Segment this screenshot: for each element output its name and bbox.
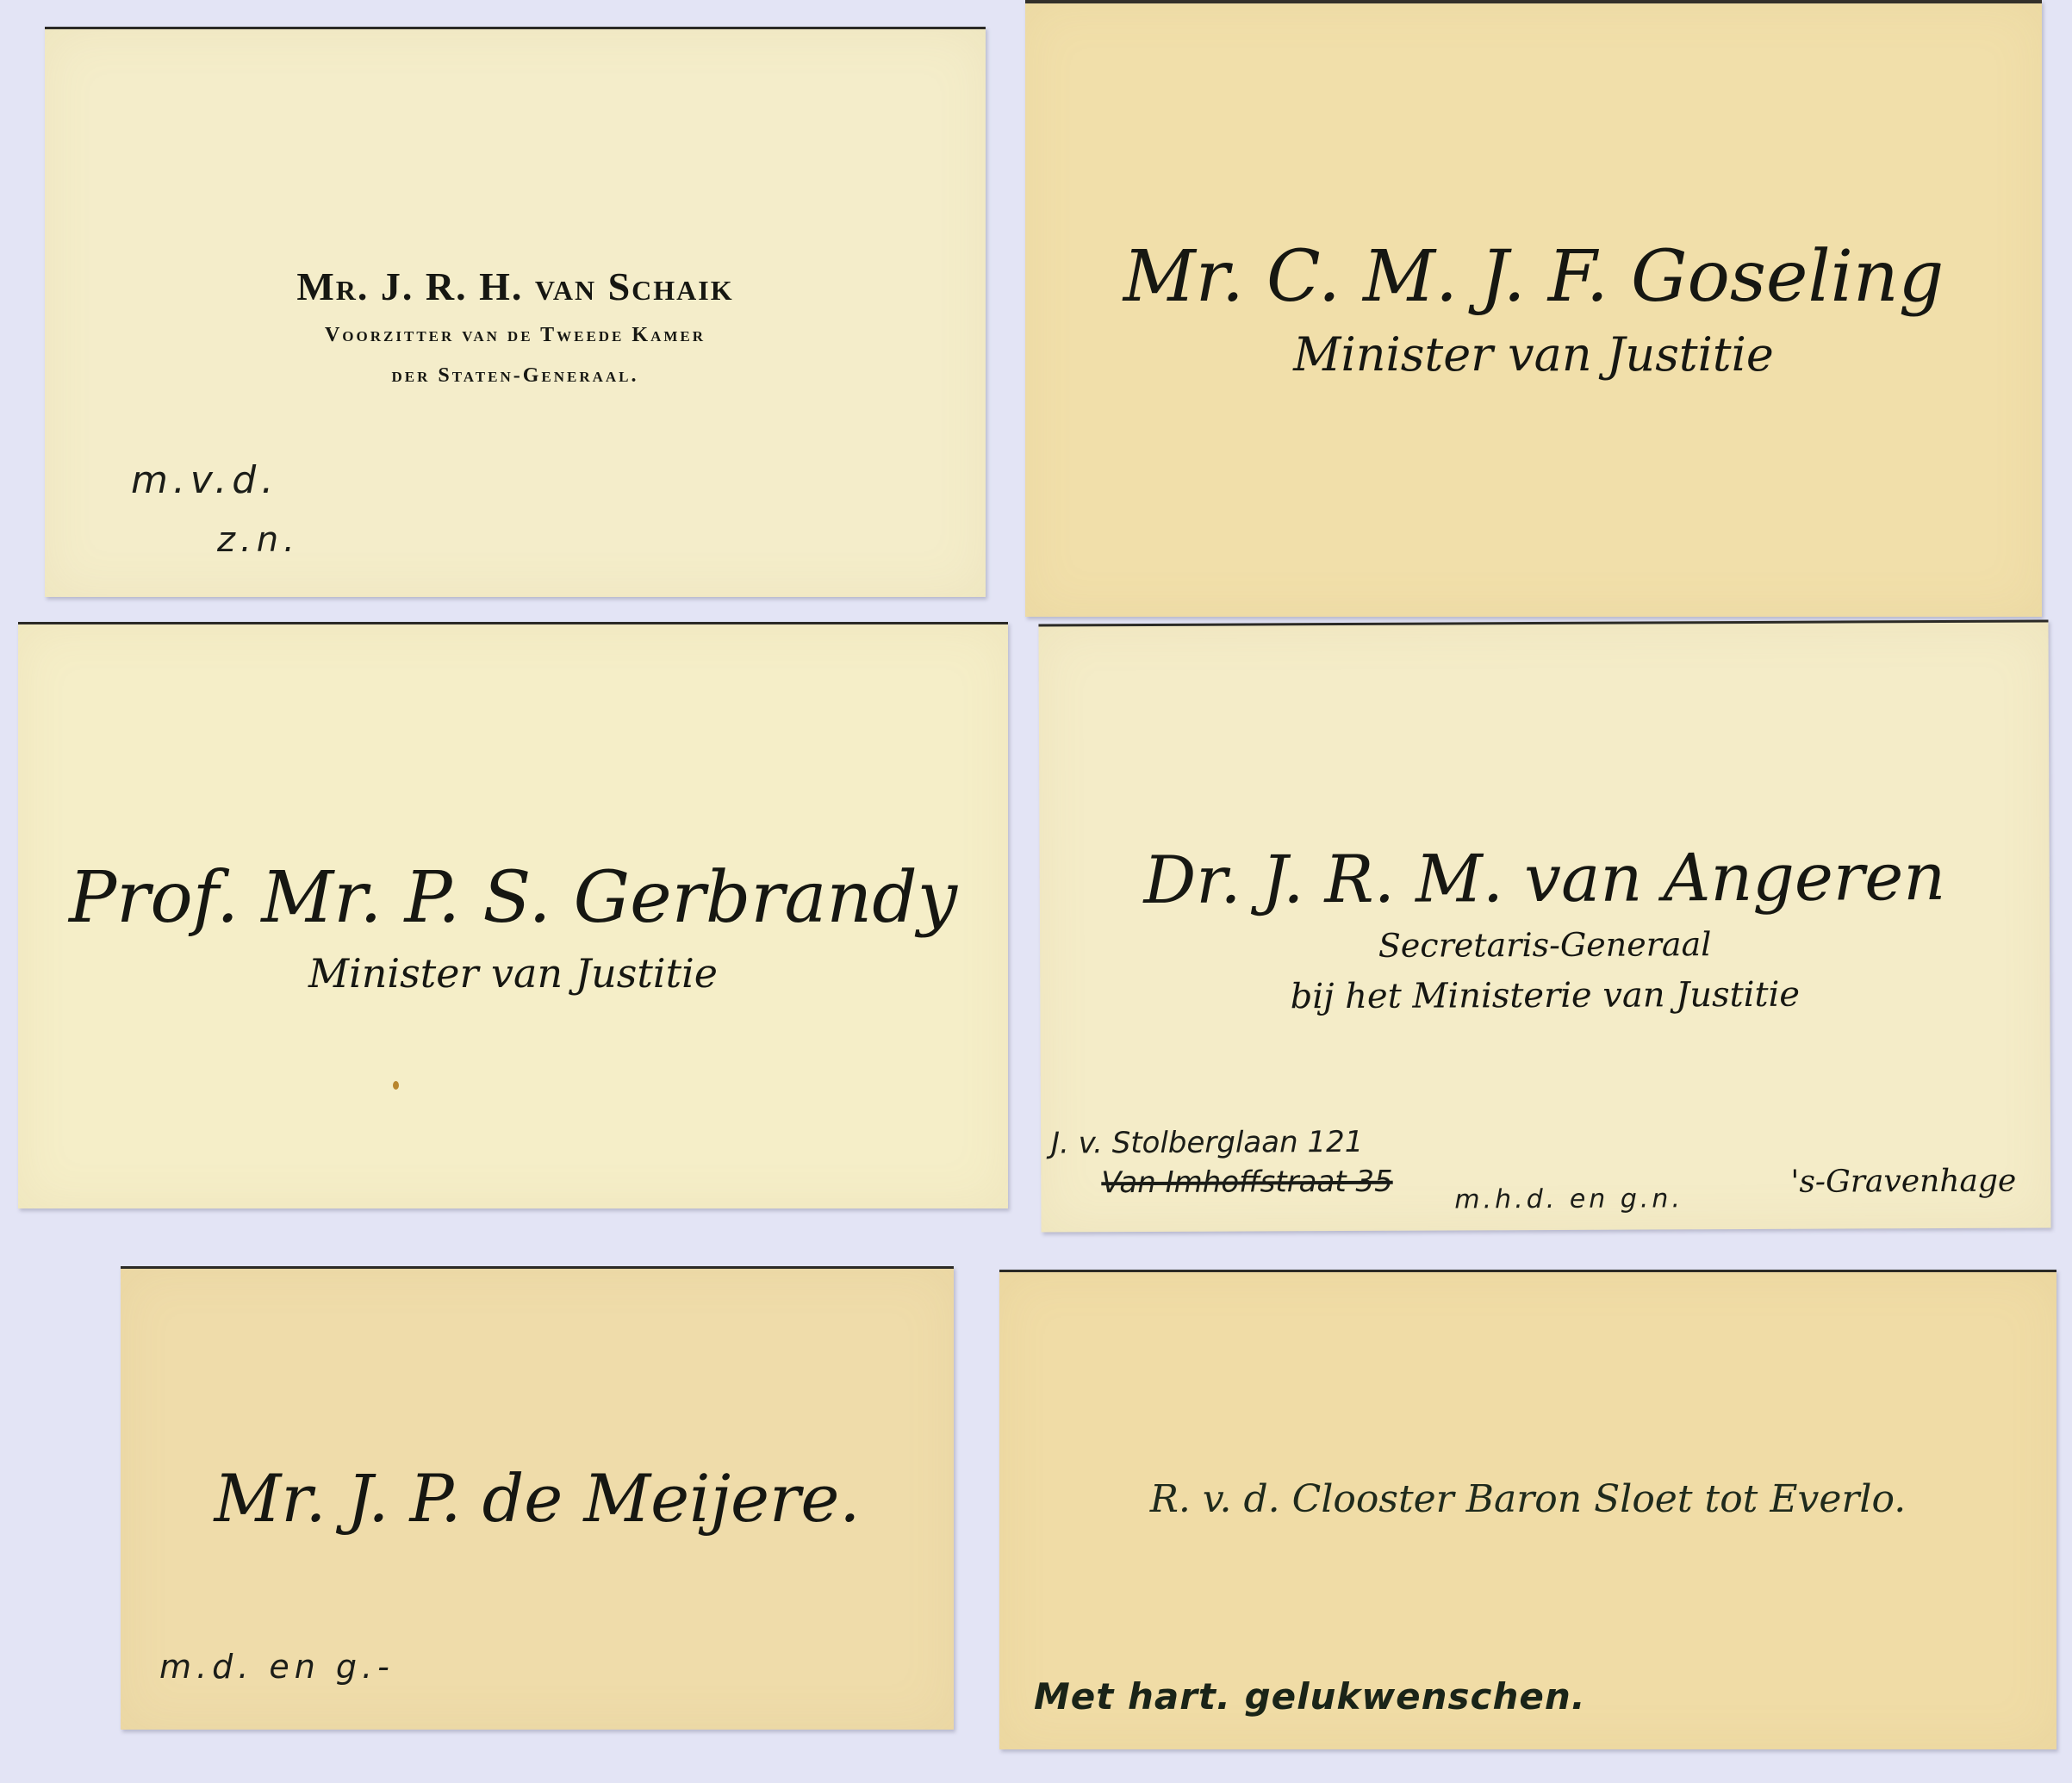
card-name: Mr. J. P. de Meijere. [121, 1460, 954, 1537]
card-name: Mr. C. M. J. F. Goseling [1025, 236, 2042, 318]
card-name: Mr. J. R. H. van Schaik [45, 264, 986, 309]
visiting-card-sloet-tot-everlo: R. v. d. Clooster Baron Sloet tot Everlo… [999, 1270, 2056, 1749]
visiting-card-van-angeren: Dr. J. R. M. van Angeren Secretaris-Gene… [1038, 619, 2050, 1232]
card-name: Dr. J. R. M. van Angeren [1040, 837, 2050, 918]
printed-city: 's-Gravenhage [1790, 1164, 2016, 1200]
handwritten-note: m.v.d. [131, 458, 278, 502]
handwritten-address: J. v. Stolberglaan 121 [1051, 1125, 1363, 1161]
visiting-card-van-schaik: Mr. J. R. H. van Schaik Voorzitter van d… [45, 27, 986, 597]
visiting-card-gerbrandy: Prof. Mr. P. S. Gerbrandy Minister van J… [18, 622, 1008, 1208]
handwritten-note: m.h.d. en g.n. [1454, 1183, 1683, 1215]
struck-printed-address: Van Imhoffstraat 35 [1101, 1165, 1393, 1200]
visiting-card-de-meijere: Mr. J. P. de Meijere. m.d. en g.- [121, 1266, 954, 1730]
card-name: Prof. Mr. P. S. Gerbrandy [18, 857, 1008, 939]
handwritten-note-2: z.n. [217, 520, 300, 560]
handwritten-note: m.d. en g.- [159, 1648, 395, 1686]
card-title: Secretaris-Generaal [1040, 923, 2050, 966]
card-title-line-2: der Staten-Generaal. [45, 364, 986, 388]
card-title: Voorzitter van de Tweede Kamer [45, 324, 986, 347]
card-title: Minister van Justitie [18, 950, 1008, 997]
card-title: Minister van Justitie [1025, 327, 2042, 382]
handwritten-note: Met hart. gelukwenschen. [1034, 1675, 1586, 1718]
stain-spot [393, 1081, 399, 1090]
card-name: R. v. d. Clooster Baron Sloet tot Everlo… [999, 1477, 2056, 1521]
visiting-card-goseling: Mr. C. M. J. F. Goseling Minister van Ju… [1025, 0, 2042, 617]
card-title-line-2: bij het Ministerie van Justitie [1040, 973, 2050, 1017]
